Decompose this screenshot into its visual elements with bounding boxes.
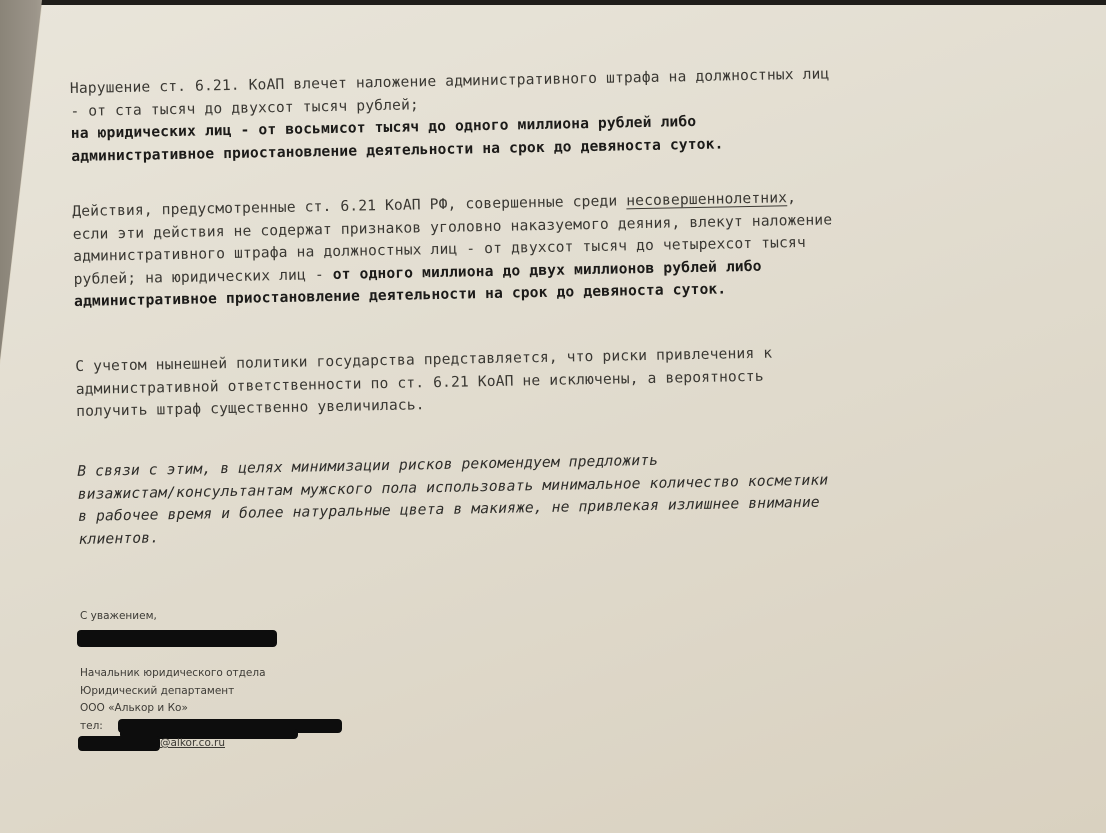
email-line: @alkor.co.ru: [80, 735, 266, 753]
phone-label: тел:: [80, 720, 103, 732]
text-segment: - от ста тысяч до двухсот тысяч рублей;: [70, 96, 419, 120]
signer-department: Юридический департамент: [80, 683, 266, 701]
phone-line: тел:: [80, 718, 266, 736]
signer-position: Начальник юридического отдела: [80, 665, 266, 683]
signature-block: С уважением, Начальник юридического отде…: [80, 608, 266, 753]
redaction-bar: [78, 736, 160, 751]
spacer: [80, 643, 266, 665]
text-segment: ,: [787, 189, 796, 206]
signer-name-redacted: [80, 626, 266, 644]
email-domain: @alkor.co.ru: [160, 735, 225, 753]
paragraph-fines-minors: Действия, предусмотренные ст. 6.21 КоАП …: [72, 186, 834, 313]
paragraph-fines-general: Нарушение ст. 6.21. КоАП влечет наложени…: [70, 63, 831, 168]
text-segment: рублей; на юридических лиц -: [73, 265, 332, 287]
text-segment: получить штраф существенно увеличилась.: [76, 396, 425, 420]
signer-company: ООО «Алькор и Ко»: [80, 700, 266, 718]
paragraph-recommendation: В связи с этим, в целях минимизации риск…: [77, 447, 829, 551]
text-segment: несовершеннолетних: [626, 189, 787, 209]
closing: С уважением,: [80, 608, 266, 626]
text-segment: клиентов.: [78, 529, 159, 548]
paragraph-risk-assessment: С учетом нынешней политики государства п…: [75, 343, 773, 424]
